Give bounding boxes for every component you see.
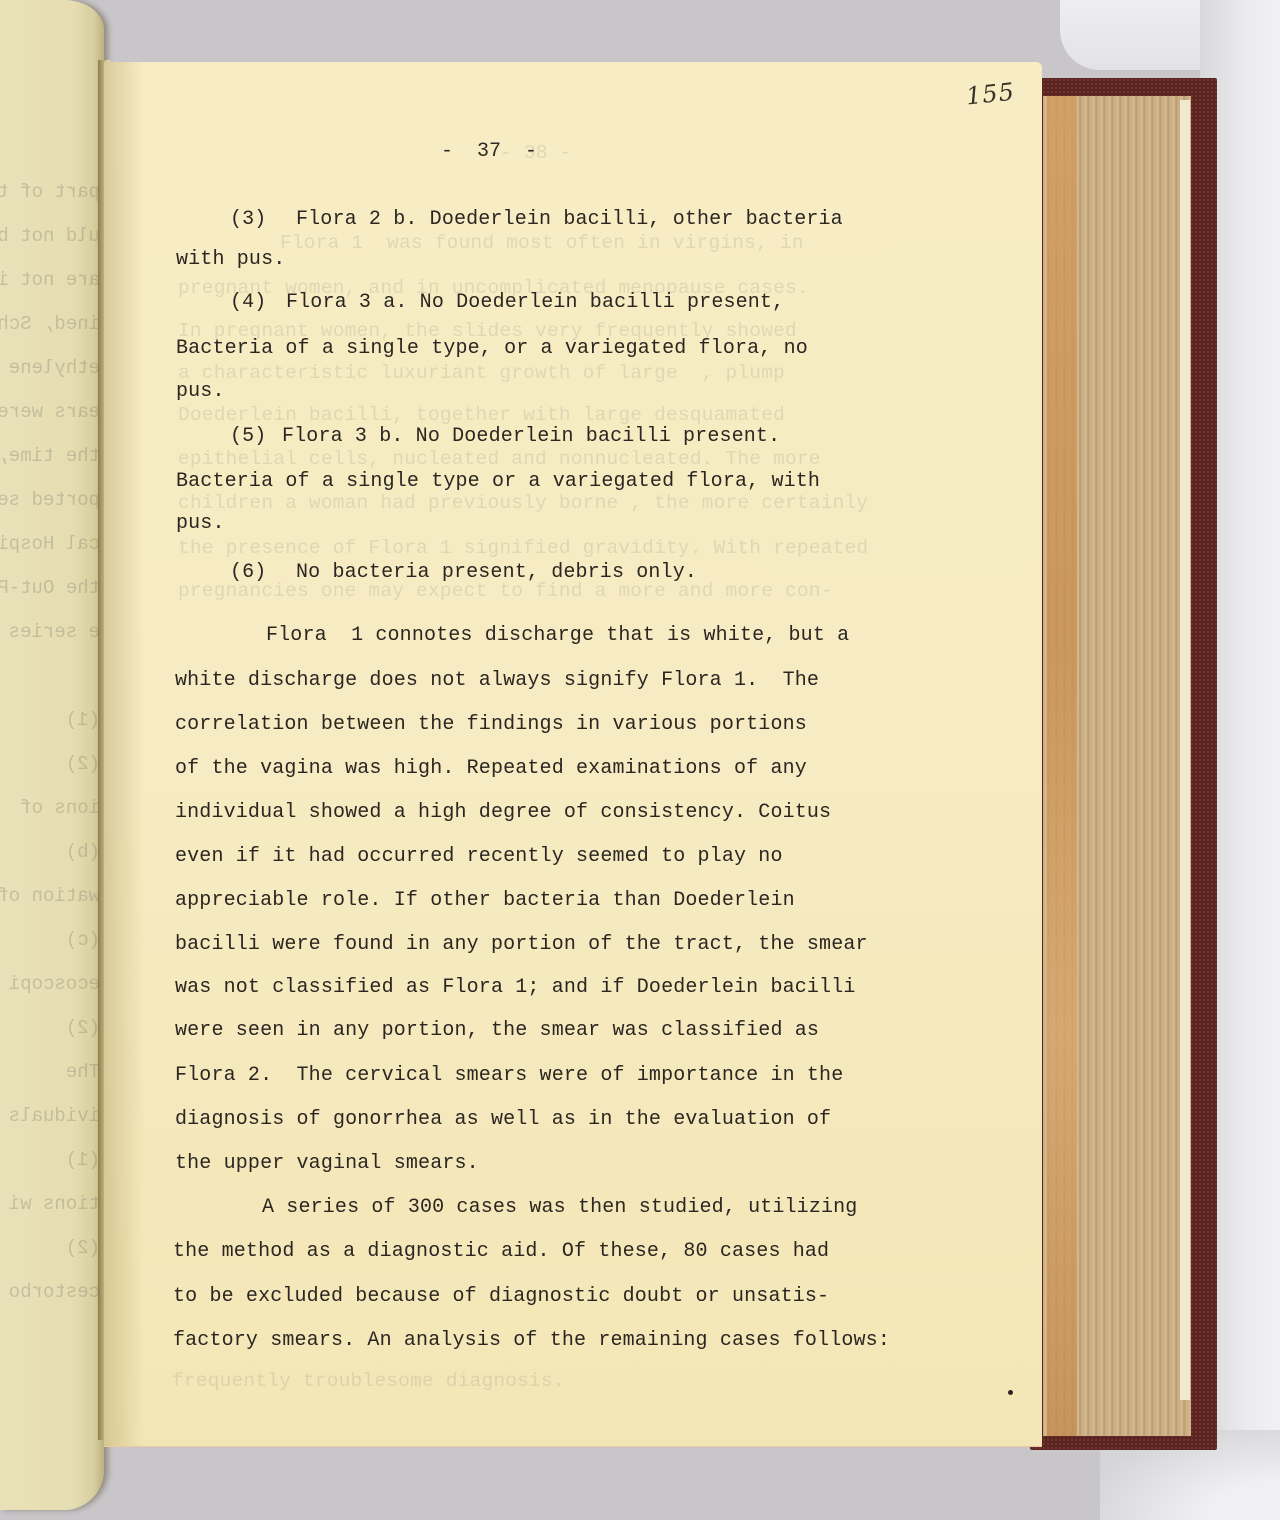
paragraph-line: individual showed a high degree of consi… xyxy=(175,801,831,824)
left-page-bleed-through: part of tuld not beare not incined, Schr… xyxy=(0,170,100,1314)
paragraph-line: A series of 300 cases was then studied, … xyxy=(262,1196,857,1219)
left-page-bleed-line: part of t xyxy=(0,170,100,214)
paper-speck xyxy=(1008,1390,1013,1395)
list-item-line: Bacteria of a single type or a variegate… xyxy=(176,470,820,493)
end-sheet xyxy=(1180,100,1190,1400)
paragraph-line: diagnosis of gonorrhea as well as in the… xyxy=(175,1108,831,1131)
list-item-line: Flora 3 a. No Doederlein bacilli present… xyxy=(286,291,784,314)
paragraph-line: the upper vaginal smears. xyxy=(175,1152,479,1175)
left-page-bleed-line: ported ser xyxy=(0,478,100,522)
left-page-bleed-line: (c) xyxy=(0,918,100,962)
list-item-marker: (6) xyxy=(230,561,266,584)
left-page-bleed-line: (1) xyxy=(0,698,100,742)
left-page-bleed-line: ears were xyxy=(0,390,100,434)
left-page-bleed-line: ividuals xyxy=(0,1094,100,1138)
list-item-marker: (3) xyxy=(230,208,266,231)
paragraph-line: Flora 2. The cervical smears were of imp… xyxy=(175,1064,843,1087)
list-item-line: pus. xyxy=(176,380,225,403)
list-item-marker: (4) xyxy=(230,291,266,314)
list-item-line: Bacteria of a single type, or a variegat… xyxy=(176,337,808,360)
list-item-line: pus. xyxy=(176,512,225,535)
list-item-line: with pus. xyxy=(176,248,285,271)
paragraph-line: factory smears. An analysis of the remai… xyxy=(173,1329,890,1352)
bleed-through-line: the presence of Flora 1 signified gravid… xyxy=(178,537,868,559)
paragraph-line: correlation between the findings in vari… xyxy=(175,713,807,736)
left-page-bleed-line: cal Hospit xyxy=(0,522,100,566)
left-page-bleed-line: ethylene bl xyxy=(0,346,100,390)
left-page-bleed-line: e series xyxy=(0,610,100,654)
left-page-bleed-line: are not inc xyxy=(0,258,100,302)
paragraph-line: bacilli were found in any portion of the… xyxy=(175,933,868,956)
paragraph-line: even if it had occurred recently seemed … xyxy=(175,845,783,868)
book-fore-edge xyxy=(1043,96,1191,1436)
left-page-bleed-line: (2) xyxy=(0,1006,100,1050)
page-number: - 37 - xyxy=(441,140,537,163)
bleed-through-line: children a woman had previously borne , … xyxy=(178,492,868,514)
paragraph-line: were seen in any portion, the smear was … xyxy=(175,1019,819,1042)
left-page-bleed-line: (2) xyxy=(0,742,100,786)
left-page-bleed-line: uld not be xyxy=(0,214,100,258)
bleed-through-line: Doederlein bacilli, together with large … xyxy=(178,404,785,426)
paragraph-line: Flora 1 connotes discharge that is white… xyxy=(266,624,849,647)
edge-stain xyxy=(1047,96,1077,1436)
left-page-bleed-line: ecoscopi xyxy=(0,962,100,1006)
paragraph-line: appreciable role. If other bacteria than… xyxy=(175,889,795,912)
paragraph-line: the method as a diagnostic aid. Of these… xyxy=(173,1240,829,1263)
paragraph-line: was not classified as Flora 1; and if Do… xyxy=(175,976,856,999)
left-page-bleed-line: ined, Schr xyxy=(0,302,100,346)
paragraph-line: of the vagina was high. Repeated examina… xyxy=(175,757,807,780)
paragraph-line: to be excluded because of diagnostic dou… xyxy=(173,1285,829,1308)
left-page-bleed-line: the time, xyxy=(0,434,100,478)
paragraph-line: white discharge does not always signify … xyxy=(175,669,819,692)
list-item-line: Flora 2 b. Doederlein bacilli, other bac… xyxy=(296,208,843,231)
left-page-bleed-line: cestorbo xyxy=(0,1270,100,1314)
left-page-bleed-line xyxy=(0,654,100,698)
left-page-bleed-line: (1) xyxy=(0,1138,100,1182)
bleed-through-line: frequently troublesome diagnosis. xyxy=(172,1370,565,1392)
list-item-line: Flora 3 b. No Doederlein bacilli present… xyxy=(282,425,780,448)
left-page-bleed-line: The xyxy=(0,1050,100,1094)
bleed-through-line: Flora 1 was found most often in virgins,… xyxy=(280,232,804,254)
left-page-bleed-line: ions of xyxy=(0,786,100,830)
left-page-bleed-line: tions wi xyxy=(0,1182,100,1226)
left-page-bleed-line: (2) xyxy=(0,1226,100,1270)
bleed-through-line: epithelial cells, nucleated and nonnucle… xyxy=(178,448,821,470)
left-facing-page: part of tuld not beare not incined, Schr… xyxy=(0,0,104,1510)
handwritten-folio-number: 155 xyxy=(965,78,1016,111)
list-item-line: No bacteria present, debris only. xyxy=(296,561,697,584)
left-page-bleed-line: wation of xyxy=(0,874,100,918)
bleed-through-line: a characteristic luxuriant growth of lar… xyxy=(178,362,785,384)
list-item-marker: (5) xyxy=(230,425,266,448)
document-page: - 38 -Flora 1 was found most often in vi… xyxy=(104,62,1042,1446)
left-page-bleed-line: the Out-P xyxy=(0,566,100,610)
left-page-bleed-line: (b) xyxy=(0,830,100,874)
